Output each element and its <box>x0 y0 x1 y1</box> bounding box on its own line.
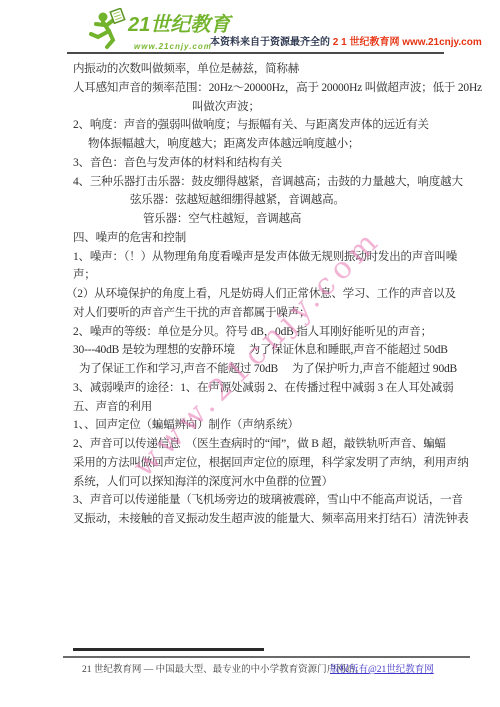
text-line: 3、声音可以传递能量（飞机场旁边的玻璃被震碎，雪山中不能高声说话，一音 <box>73 493 463 507</box>
text-line: 叫做次声波； <box>192 100 260 114</box>
text-line: 物体振幅越大，响度越大；距离发声体越远响度越小； <box>88 137 359 151</box>
logo-brand-text: 21世纪教育 <box>128 14 230 36</box>
header-tagline: 本资料来自于资源最齐全的 2 1 世纪教育网 www.21cnjy.com <box>210 37 482 49</box>
text-line: 四、噪声的危害和控制 <box>73 231 186 245</box>
text-line: 2、声音可以传递信息 （医生查病时的“闻”，做 B 超，敲铁轨听声音、蝙蝠 <box>73 437 446 451</box>
text-line: 1、噪声：（！）从物理角角度看噪声是发声体做无规则振动时发出的声音叫噪 <box>73 250 457 264</box>
text-line: 人耳感知声音的频率范围：20Hz～20000Hz，高于 20000Hz 叫做超声… <box>73 81 482 95</box>
text-line: （2）从环境保护的角度上看，凡是妨碍人们正常休息、学习、工作的声音以及 <box>66 287 456 301</box>
header-divider <box>67 52 444 54</box>
text-line: 2、响度：声音的强弱叫做响度；与振幅有关、与距离发声体的远近有关 <box>73 118 429 132</box>
footer-divider-short <box>73 648 264 651</box>
runner-logo-icon <box>86 8 126 57</box>
text-line: 系统，人们可以探知海洋的深度河水中鱼群的位置） <box>73 475 333 489</box>
text-line: 30---40dB 是较为理想的安静环境 为了保证休息和睡眠,声音不能超过 50… <box>73 343 448 357</box>
footer-copyright-link[interactable]: 版权所有@21世纪教育网 <box>330 661 434 675</box>
text-line: 为了保证工作和学习,声音不能超过 70dB 为了保护听力,声音不能超过 90dB <box>79 362 457 376</box>
text-line: 管乐器：空气柱越短，音调越高 <box>143 212 301 226</box>
text-line: 五、声音的利用 <box>73 400 152 414</box>
text-line: 内振动的次数叫做频率，单位是赫兹，简称赫 <box>73 62 299 76</box>
text-line: 声； <box>73 268 96 282</box>
text-line: 1、、回声定位（蝙蝠辨向）制作（声纳系统） <box>73 418 299 432</box>
site-logo[interactable]: 21世纪教育 www.21cnjy.com <box>86 8 216 52</box>
footer-site-description: 21 世纪教育网 — 中国最大型、最专业的中小学教育资源门户网站。 <box>82 661 365 675</box>
text-line: 对人们要听的声音产生干扰的声音都属于噪声； <box>73 306 310 320</box>
text-line: 叉振动，未接触的音叉振动发生超声波的能量大、频率高用来打结石）清洗钟表 <box>73 512 469 526</box>
footer-divider <box>63 656 470 658</box>
text-line: 弦乐器：弦越短越细绷得越紧，音调越高。 <box>130 193 345 207</box>
text-line: 采用的方法叫做回声定位，根据回声定位的原理，科学家发明了声纳，利用声纳 <box>73 456 469 470</box>
text-line: 4、三种乐器打击乐器：鼓皮绷得越紧，音调越高；击鼓的力量越大，响度越大 <box>73 175 463 189</box>
logo-url-text: www.21cnjy.com <box>134 42 212 51</box>
text-line: 3、音色：音色与发声体的材料和结构有关 <box>73 156 282 170</box>
tagline-prefix: 本资料来自于资源最齐全的 <box>210 37 330 48</box>
text-line: 3、减弱噪声的途径：1、在声源处减弱 2、在传播过程中减弱 3 在人耳处减弱 <box>73 381 454 395</box>
text-line: 2、噪声的等级：单位是分贝。符号 dB，0dB 指人耳刚好能听见的声音； <box>73 325 432 339</box>
document-page: 21世纪教育 www.21cnjy.com 本资料来自于资源最齐全的 2 1 世… <box>0 0 500 707</box>
tagline-site-link[interactable]: 2 1 世纪教育网 www.21cnjy.com <box>333 37 482 48</box>
